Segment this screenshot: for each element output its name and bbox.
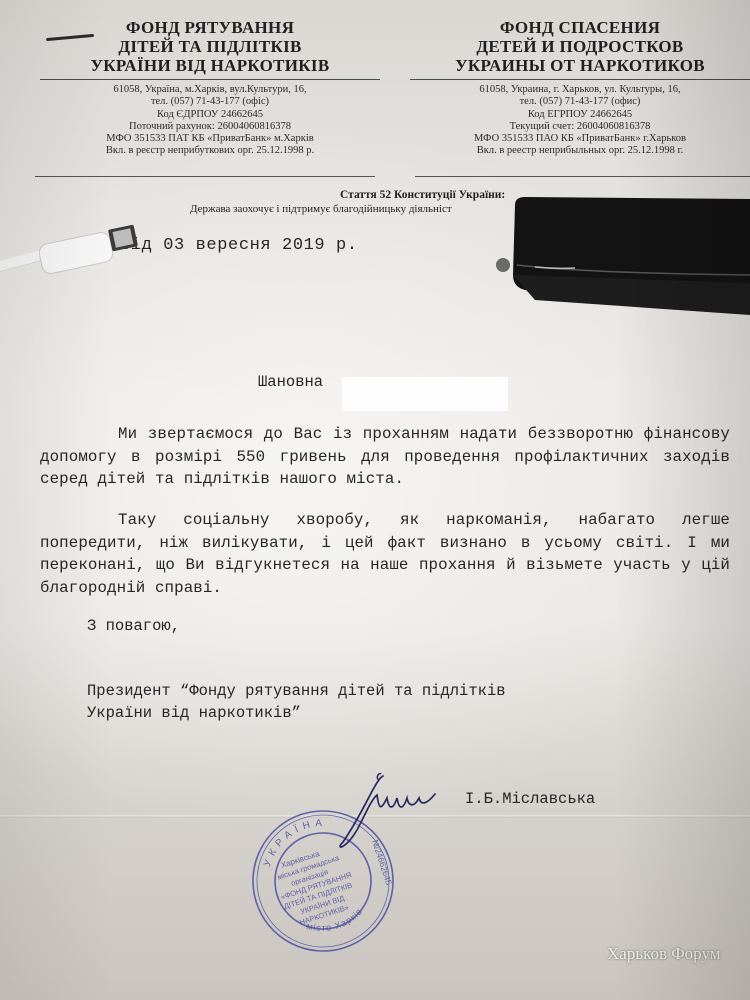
signer-name: І.Б.Міславська bbox=[465, 790, 595, 808]
address-line: 61058, Украина, г. Харьков, ул. Культуры… bbox=[410, 84, 750, 96]
greeting: Шановна bbox=[258, 373, 323, 391]
account-line: Текущий счет: 26004060816378 bbox=[410, 121, 750, 133]
president-title: Президент “Фонду рятування дітей та підл… bbox=[87, 680, 506, 724]
divider bbox=[35, 176, 375, 177]
phone-line: тел. (057) 71-43-177 (офис) bbox=[410, 96, 750, 108]
divider bbox=[40, 79, 380, 80]
registry-code-line: Код ЄДРПОУ 24662645 bbox=[40, 109, 380, 121]
org-title-line: ДЕТЕЙ И ПОДРОСТКОВ bbox=[410, 37, 750, 56]
divider bbox=[415, 176, 750, 177]
letter-paper: ФОНД РЯТУВАННЯ ДІТЕЙ ТА ПІДЛІТКІВ УКРАЇН… bbox=[0, 0, 750, 1000]
paragraph-text: Ми звертаємося до Вас із проханням надат… bbox=[40, 425, 730, 488]
org-title-line: ДІТЕЙ ТА ПІДЛІТКІВ bbox=[40, 37, 380, 56]
account-line: Поточний рахунок: 26004060816378 bbox=[40, 121, 380, 133]
org-title-line: ФОНД СПАСЕНИЯ bbox=[410, 18, 750, 37]
president-line: Президент “Фонду рятування дітей та підл… bbox=[87, 680, 506, 702]
letterhead-russian: ФОНД СПАСЕНИЯ ДЕТЕЙ И ПОДРОСТКОВ УКРАИНЫ… bbox=[410, 18, 750, 158]
handwritten-signature-icon bbox=[335, 770, 445, 850]
stapler-icon bbox=[495, 195, 750, 320]
phone-line: тел. (057) 71-43-177 (офіс) bbox=[40, 96, 380, 108]
org-title-line: УКРАИНЫ ОТ НАРКОТИКОВ bbox=[410, 56, 750, 75]
bank-line: МФО 351533 ПАО КБ «ПриватБанк» г.Харьков bbox=[410, 133, 750, 145]
president-line: України від наркотиків” bbox=[87, 702, 506, 724]
redacted-recipient-name bbox=[342, 377, 508, 411]
charging-cable-icon bbox=[0, 210, 150, 280]
registration-line: Вкл. в реестр неприбыльных орг. 25.12.19… bbox=[410, 145, 750, 157]
org-title-line: ФОНД РЯТУВАННЯ bbox=[40, 18, 380, 37]
address-line: 61058, Україна, м.Харків, вул.Культури, … bbox=[40, 84, 380, 96]
closing: З повагою, bbox=[87, 617, 180, 635]
registration-line: Вкл. в реєстр неприбуткових орг. 25.12.1… bbox=[40, 145, 380, 157]
divider bbox=[410, 79, 750, 80]
paragraph-text: Таку соціальну хворобу, як наркоманія, н… bbox=[40, 511, 730, 597]
forum-watermark: Харьков Форум bbox=[607, 944, 721, 964]
org-title-line: УКРАЇНИ ВІД НАРКОТИКІВ bbox=[40, 56, 380, 75]
letterhead-ukrainian: ФОНД РЯТУВАННЯ ДІТЕЙ ТА ПІДЛІТКІВ УКРАЇН… bbox=[40, 18, 380, 158]
registry-code-line: Код ЕГРПОУ 24662645 bbox=[410, 109, 750, 121]
body-paragraph: Таку соціальну хворобу, як наркоманія, н… bbox=[40, 509, 730, 599]
letter-date: від 03 вересня 2019 р. bbox=[120, 236, 358, 255]
body-paragraph: Ми звертаємося до Вас із проханням надат… bbox=[40, 423, 730, 491]
bank-line: МФО 351533 ПАТ КБ «ПриватБанк» м.Харків bbox=[40, 133, 380, 145]
